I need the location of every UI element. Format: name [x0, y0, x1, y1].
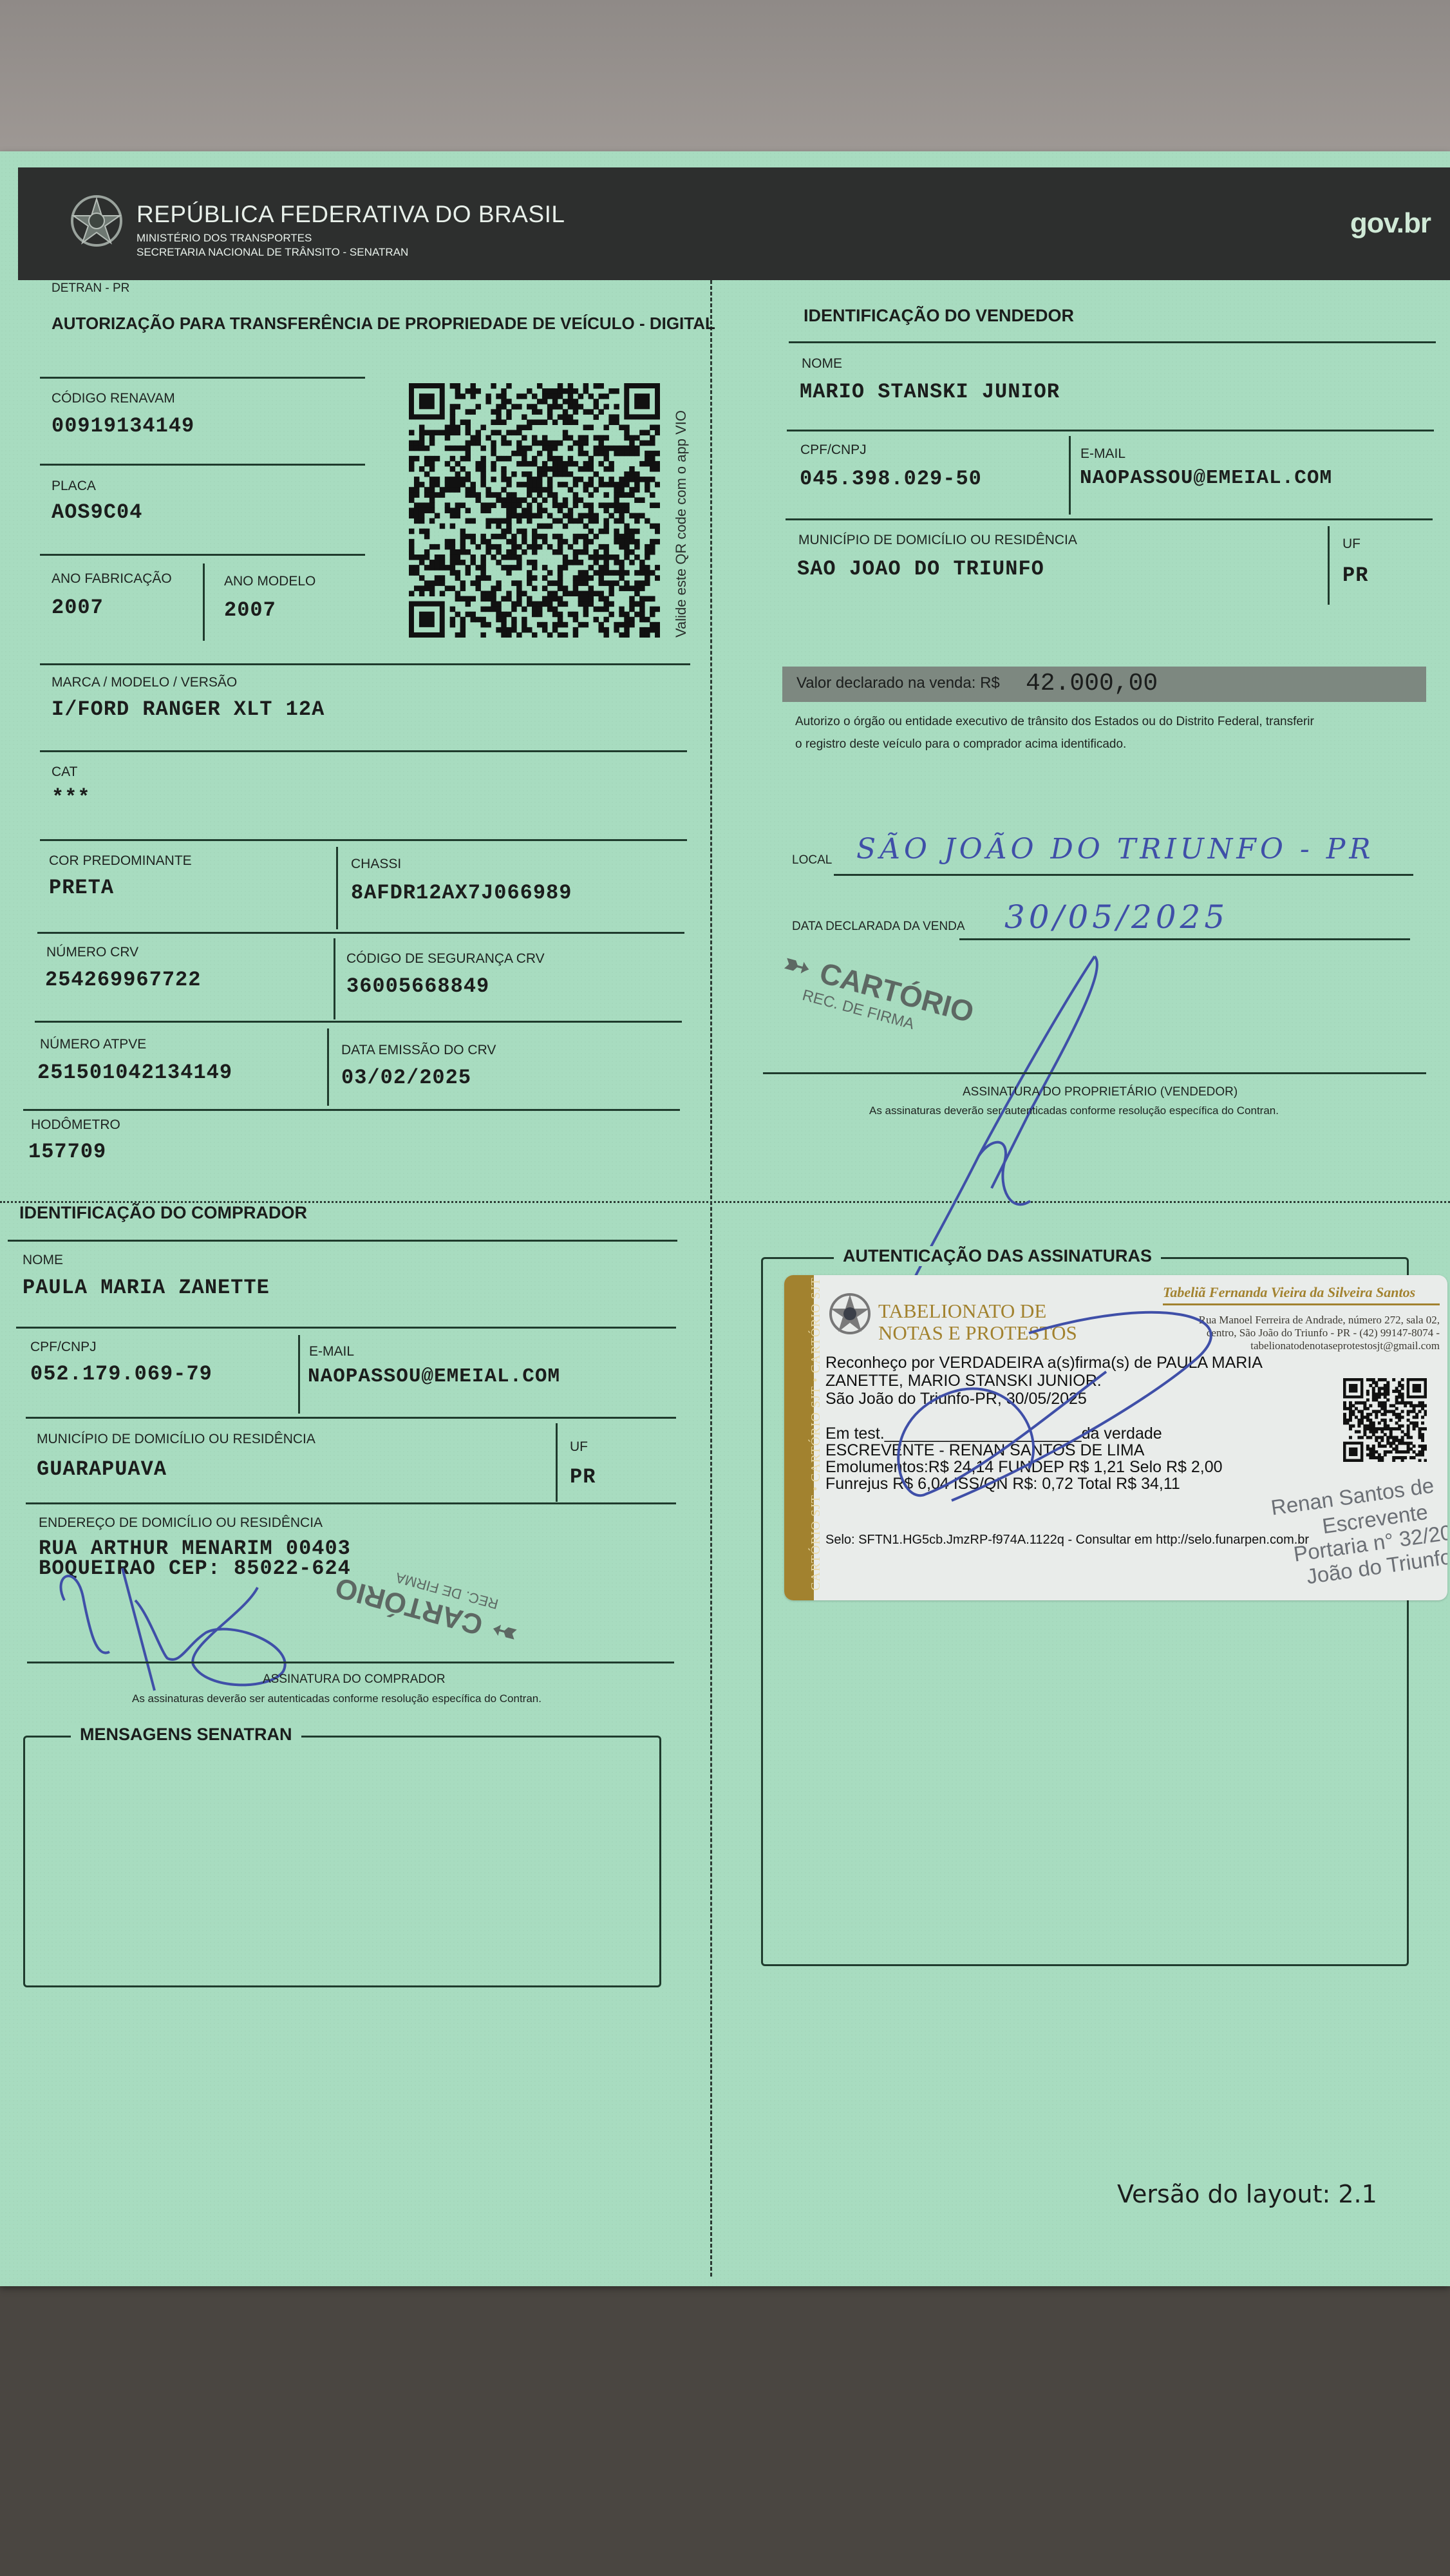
divider — [40, 750, 687, 752]
divider — [556, 1423, 558, 1502]
data-emissao-value: 03/02/2025 — [341, 1066, 471, 1090]
fold-line-vertical — [710, 280, 712, 2277]
placa-value: AOS9C04 — [52, 500, 142, 524]
renavam-label: CÓDIGO RENAVAM — [52, 391, 175, 406]
numero-atpve-value: 251501042134149 — [37, 1061, 232, 1084]
sale-date-label: DATA DECLARADA DA VENDA — [792, 920, 965, 934]
numero-crv-value: 254269967722 — [45, 968, 201, 992]
declared-value-bar: Valor declarado na venda: R$ 42.000,00 — [782, 667, 1426, 702]
govbr-logo: gov.br — [1350, 207, 1431, 240]
seller-municipio-label: MUNICÍPIO DE DOMICÍLIO OU RESIDÊNCIA — [798, 533, 1077, 548]
seller-cpf-value: 045.398.029-50 — [800, 467, 982, 491]
notary-seal-sticker: CARTÓRIO SJT • CARTÓRIO SJT • CARTÓRIO S… — [784, 1275, 1447, 1600]
marca-modelo-value: I/FORD RANGER XLT 12A — [52, 697, 325, 721]
cartorio-stamp-buyer: ➳ CARTÓRIO REC. DE FIRMA — [332, 1555, 525, 1653]
seller-email-label: E-MAIL — [1080, 446, 1125, 462]
divider — [327, 1028, 329, 1106]
cor-label: COR PREDOMINANTE — [49, 853, 192, 869]
sale-date-line — [959, 938, 1410, 940]
seller-signature-label: ASSINATURA DO PROPRIETÁRIO (VENDEDOR) — [963, 1085, 1238, 1099]
brazil-coat-of-arms-icon — [64, 190, 129, 254]
marca-modelo-label: MARCA / MODELO / VERSÃO — [52, 675, 237, 690]
issuer-label: DETRAN - PR — [52, 281, 129, 296]
authentication-title: AUTENTICAÇÃO DAS ASSINATURAS — [834, 1246, 1161, 1266]
sale-date-handwritten: 30/05/2025 — [1004, 898, 1229, 936]
notary-selo[interactable]: Selo: SFTN1.HG5cb.JmzRP-f974A.1122q - Co… — [825, 1533, 1309, 1548]
buyer-email-value: NAOPASSOU@EMEIAL.COM — [308, 1365, 560, 1388]
document-title: AUTORIZAÇÃO PARA TRANSFERÊNCIA DE PROPRI… — [52, 314, 715, 334]
divider — [40, 377, 365, 379]
buyer-uf-label: UF — [570, 1439, 588, 1455]
qr-caption: Valide este QR code com o app VIO — [673, 410, 690, 638]
divider — [8, 1240, 677, 1242]
divider — [23, 1109, 680, 1111]
placa-label: PLACA — [52, 478, 96, 494]
divider — [26, 1502, 676, 1504]
data-emissao-label: DATA EMISSÃO DO CRV — [341, 1043, 496, 1058]
divider — [40, 839, 687, 841]
ano-fabricacao-value: 2007 — [52, 596, 104, 620]
buyer-municipio-value: GUARAPUAVA — [37, 1457, 167, 1481]
buyer-name-label: NOME — [23, 1253, 63, 1268]
authorization-text-1: Autorizo o órgão ou entidade executivo d… — [795, 715, 1314, 729]
codigo-seguranca-label: CÓDIGO DE SEGURANÇA CRV — [346, 951, 545, 967]
declared-value-label: Valor declarado na venda: R$ — [796, 674, 1000, 692]
local-handwritten: SÃO JOÃO DO TRIUNFO - PR — [856, 833, 1374, 866]
notary-signature — [836, 1301, 1286, 1513]
ano-modelo-value: 2007 — [224, 598, 276, 622]
divider — [40, 464, 365, 466]
government-header: REPÚBLICA FEDERATIVA DO BRASIL MINISTÉRI… — [18, 167, 1450, 280]
divider — [1069, 436, 1071, 515]
divider — [298, 1335, 300, 1414]
divider — [786, 518, 1433, 520]
buyer-section-title: IDENTIFICAÇÃO DO COMPRADOR — [19, 1203, 307, 1223]
seller-email-value: NAOPASSOU@EMEIAL.COM — [1080, 467, 1332, 489]
chassi-value: 8AFDR12AX7J066989 — [351, 881, 572, 905]
seller-signature-line — [763, 1072, 1426, 1074]
declared-value-amount: 42.000,00 — [1026, 670, 1158, 697]
notary-qr-code[interactable] — [1343, 1378, 1427, 1462]
senatran-messages-box — [23, 1736, 661, 1987]
buyer-signature-label: ASSINATURA DO COMPRADOR — [263, 1672, 446, 1687]
divider — [35, 1021, 682, 1023]
divider — [334, 938, 335, 1019]
seller-uf-value: PR — [1342, 563, 1368, 587]
buyer-signature — [39, 1549, 328, 1716]
buyer-cpf-value: 052.179.069-79 — [30, 1362, 212, 1386]
buyer-name-value: PAULA MARIA ZANETTE — [23, 1276, 270, 1300]
codigo-seguranca-value: 36005668849 — [346, 974, 489, 998]
cat-value: *** — [52, 786, 91, 810]
authorization-text-2: o registro deste veículo para o comprado… — [795, 737, 1126, 752]
divider — [336, 847, 338, 929]
buyer-uf-value: PR — [570, 1465, 596, 1489]
chassi-label: CHASSI — [351, 857, 401, 872]
divider — [1328, 526, 1330, 605]
republic-title: REPÚBLICA FEDERATIVA DO BRASIL — [137, 201, 565, 228]
layout-version: Versão do layout: 2.1 — [1117, 2180, 1377, 2208]
seller-name-label: NOME — [802, 356, 842, 372]
hodometro-label: HODÔMETRO — [31, 1117, 120, 1133]
divider — [26, 1417, 676, 1419]
buyer-municipio-label: MUNICÍPIO DE DOMICÍLIO OU RESIDÊNCIA — [37, 1432, 315, 1447]
buyer-signature-line — [27, 1662, 674, 1663]
seller-signature-note: As assinaturas deverão ser autenticadas … — [869, 1104, 1279, 1117]
divider — [40, 663, 690, 665]
divider — [16, 1327, 676, 1329]
buyer-cpf-label: CPF/CNPJ — [30, 1340, 97, 1355]
local-line — [834, 874, 1413, 876]
cor-value: PRETA — [49, 876, 114, 900]
ministry-name: MINISTÉRIO DOS TRANSPORTES — [137, 232, 312, 245]
numero-crv-label: NÚMERO CRV — [46, 945, 138, 960]
divider — [787, 430, 1434, 431]
secretariat-name: SECRETARIA NACIONAL DE TRÂNSITO - SENATR… — [137, 246, 408, 259]
divider — [37, 932, 684, 934]
cat-label: CAT — [52, 764, 77, 780]
transfer-authorization-document: REPÚBLICA FEDERATIVA DO BRASIL MINISTÉRI… — [0, 151, 1450, 2286]
divider — [203, 563, 205, 641]
buyer-address-label: ENDEREÇO DE DOMICÍLIO OU RESIDÊNCIA — [39, 1515, 323, 1531]
vio-qr-code[interactable] — [409, 383, 660, 638]
background-wall — [0, 0, 1450, 174]
seller-uf-label: UF — [1342, 536, 1361, 552]
divider — [40, 554, 365, 556]
divider — [789, 341, 1436, 343]
senatran-messages-title: MENSAGENS SENATRAN — [71, 1725, 301, 1745]
buyer-signature-note: As assinaturas deverão ser autenticadas … — [132, 1692, 541, 1705]
seller-name-value: MARIO STANSKI JUNIOR — [800, 380, 1060, 404]
notary-band-text: CARTÓRIO SJT • CARTÓRIO SJT • CARTÓRIO S… — [809, 1277, 824, 1591]
background-table — [0, 2273, 1450, 2576]
local-label: LOCAL — [792, 853, 832, 867]
seller-section-title: IDENTIFICAÇÃO DO VENDEDOR — [804, 306, 1074, 326]
seller-municipio-value: SAO JOAO DO TRIUNFO — [797, 557, 1044, 581]
buyer-email-label: E-MAIL — [309, 1344, 354, 1359]
seller-cpf-label: CPF/CNPJ — [800, 442, 867, 458]
renavam-value: 00919134149 — [52, 414, 194, 438]
numero-atpve-label: NÚMERO ATPVe — [40, 1037, 146, 1052]
hodometro-value: 157709 — [28, 1140, 106, 1164]
ano-fabricacao-label: ANO FABRICAÇÃO — [52, 571, 172, 587]
ano-modelo-label: ANO MODELO — [224, 574, 315, 589]
